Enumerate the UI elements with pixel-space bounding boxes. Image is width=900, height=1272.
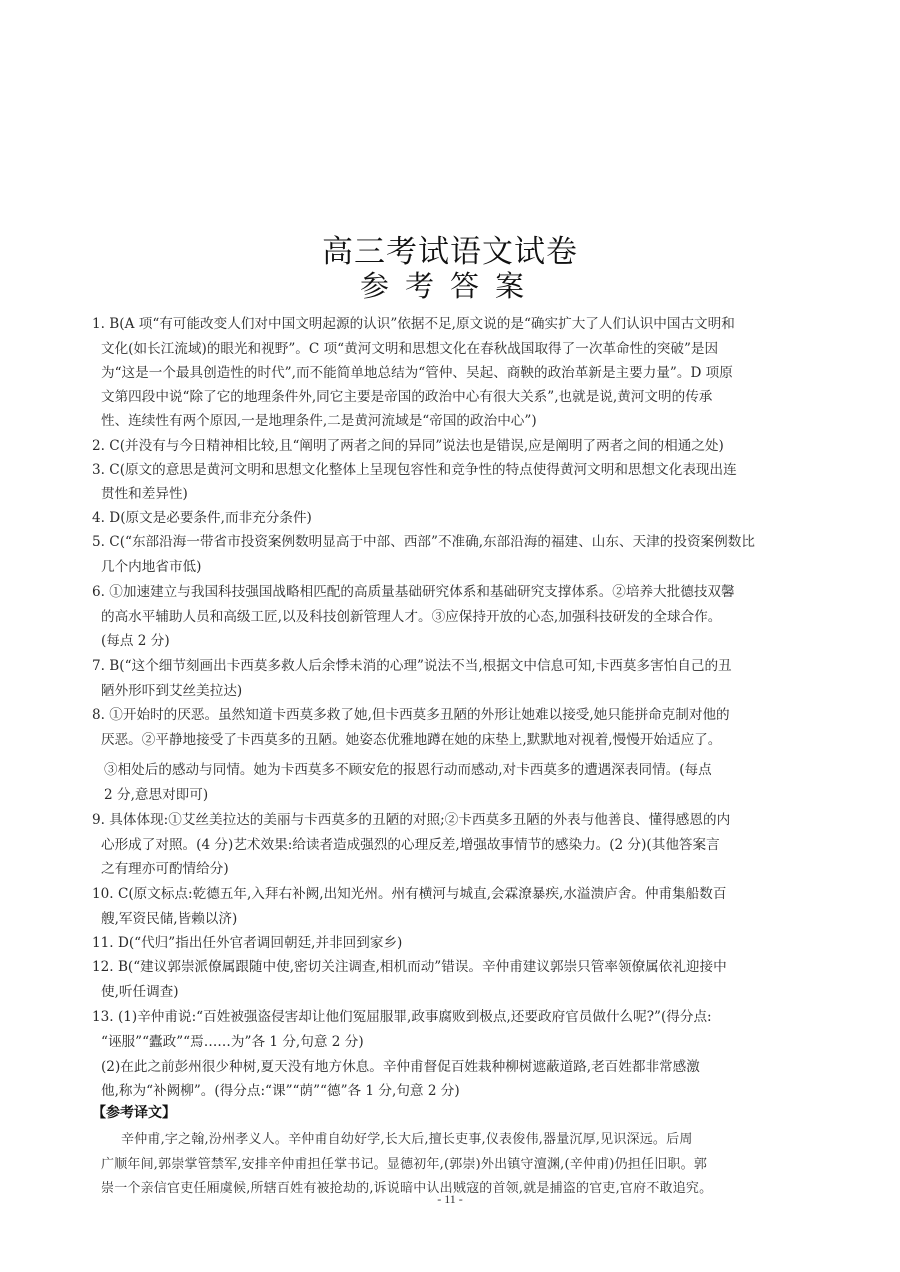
translation-line: 辛仲甫,字之翰,汾州孝义人。辛仲甫自幼好学,长大后,擅长吏事,仪表俊伟,器量沉厚… [121, 1128, 693, 1147]
answer-line: 贯性和差异性) [101, 485, 188, 503]
answer-line: 他,称为“补阙柳”。(得分点:“课”“荫”“德”各 1 分,句意 2 分) [101, 1082, 460, 1100]
answer-line: 6. ①加速建立与我国科技强国战略相匹配的高质量基础研究体系和基础研究支撑体系。… [92, 583, 735, 601]
translation-heading: 【参考译文】 [92, 1102, 176, 1122]
answer-line: (2)在此之前彭州很少种树,夏天没有地方休息。辛仲甫督促百姓栽种柳树遮蔽道路,老… [101, 1058, 700, 1076]
answer-line: 陋外形吓到艾丝美拉达) [101, 682, 242, 700]
answer-line: 1. B(A 项“有可能改变人们对中国文明起源的认识”依据不足,原文说的是“确实… [92, 315, 735, 333]
document-subtitle: 参考答案 [0, 264, 900, 305]
answer-line: 4. D(原文是必要条件,而非充分条件) [92, 509, 312, 527]
answer-line: 5. C(“东部沿海一带省市投资案例数明显高于中部、西部”不准确,东部沿海的福建… [92, 533, 755, 551]
answer-line: 2. C(并没有与今日精神相比较,且“阐明了两者之间的异同”说法也是错误,应是阐… [92, 437, 724, 455]
answer-line: 13. (1)辛仲甫说:“百姓被强盗侵害却让他们冤屈服罪,政事腐败到极点,还要政… [92, 1008, 712, 1026]
answer-line: 9. 具体体现:①艾丝美拉达的美丽与卡西莫多的丑陋的对照;②卡西莫多丑陋的外表与… [92, 811, 730, 829]
answer-line: 厌恶。②平静地接受了卡西莫多的丑陋。她姿态优雅地蹲在她的床垫上,默默地对视着,慢… [101, 731, 721, 749]
answer-line: 几个内地省市低) [101, 558, 201, 576]
answer-line: 使,听任调查) [101, 983, 179, 1001]
answer-line: 为“这是一个最具创造性的时代”,而不能简单地总结为“管仲、吴起、商鞅的政治革新是… [101, 364, 733, 382]
answer-line: 12. B(“建议郭崇派僚属跟随中使,密切关注调查,相机而动”错误。辛仲甫建议郭… [92, 958, 727, 976]
answer-line: 文第四段中说“除了它的地理条件外,同它主要是帝国的政治中心有很大关系”,也就是说… [101, 388, 712, 406]
answer-line: (每点 2 分) [101, 632, 170, 650]
answer-line: 心形成了对照。(4 分)艺术效果:给读者造成强烈的心理反差,增强故事情节的感染力… [101, 836, 720, 854]
answer-line: 8. ①开始时的厌恶。虽然知道卡西莫多救了她,但卡西莫多丑陋的外形让她难以接受,… [92, 706, 730, 724]
answer-line: 10. C(原文标点:乾德五年,入拜右补阙,出知光州。州有横河与城直,会霖潦暴疾… [92, 885, 726, 903]
answer-line: 性、连续性有两个原因,一是地理条件,二是黄河流域是“帝国的政治中心”) [101, 412, 537, 430]
answer-line: 艘,军资民储,皆赖以济) [101, 910, 237, 928]
answer-line: 7. B(“这个细节刻画出卡西莫多救人后余悸未消的心理”说法不当,根据文中信息可… [92, 657, 732, 675]
page-number: - 11 - [0, 1192, 900, 1207]
translation-line: 广顺年间,郭崇掌管禁军,安排辛仲甫担任掌书记。显德初年,(郭崇)外出镇守澶渊,(… [101, 1153, 707, 1172]
answer-line: 2 分,意思对即可) [104, 786, 208, 804]
answer-line: “诬服”“蠹政”“焉……为”各 1 分,句意 2 分) [101, 1033, 364, 1051]
answer-line: 3. C(原文的意思是黄河文明和思想文化整体上呈现包容性和竞争性的特点使得黄河文… [92, 461, 737, 479]
answer-line: 之有理亦可酌情给分) [101, 860, 229, 878]
answer-line: ③相处后的感动与同情。她为卡西莫多不顾安危的报恩行动而感动,对卡西莫多的遭遇深表… [104, 761, 712, 779]
answer-line: 文化(如长江流域)的眼光和视野”。C 项“黄河文明和思想文化在春秋战国取得了一次… [101, 340, 718, 358]
answer-line: 的高水平辅助人员和高级工匠,以及科技创新管理人才。③应保持开放的心态,加强科技研… [101, 608, 721, 626]
answer-line: 11. D(“代归”指出任外官者调回朝廷,并非回到家乡) [92, 934, 402, 952]
